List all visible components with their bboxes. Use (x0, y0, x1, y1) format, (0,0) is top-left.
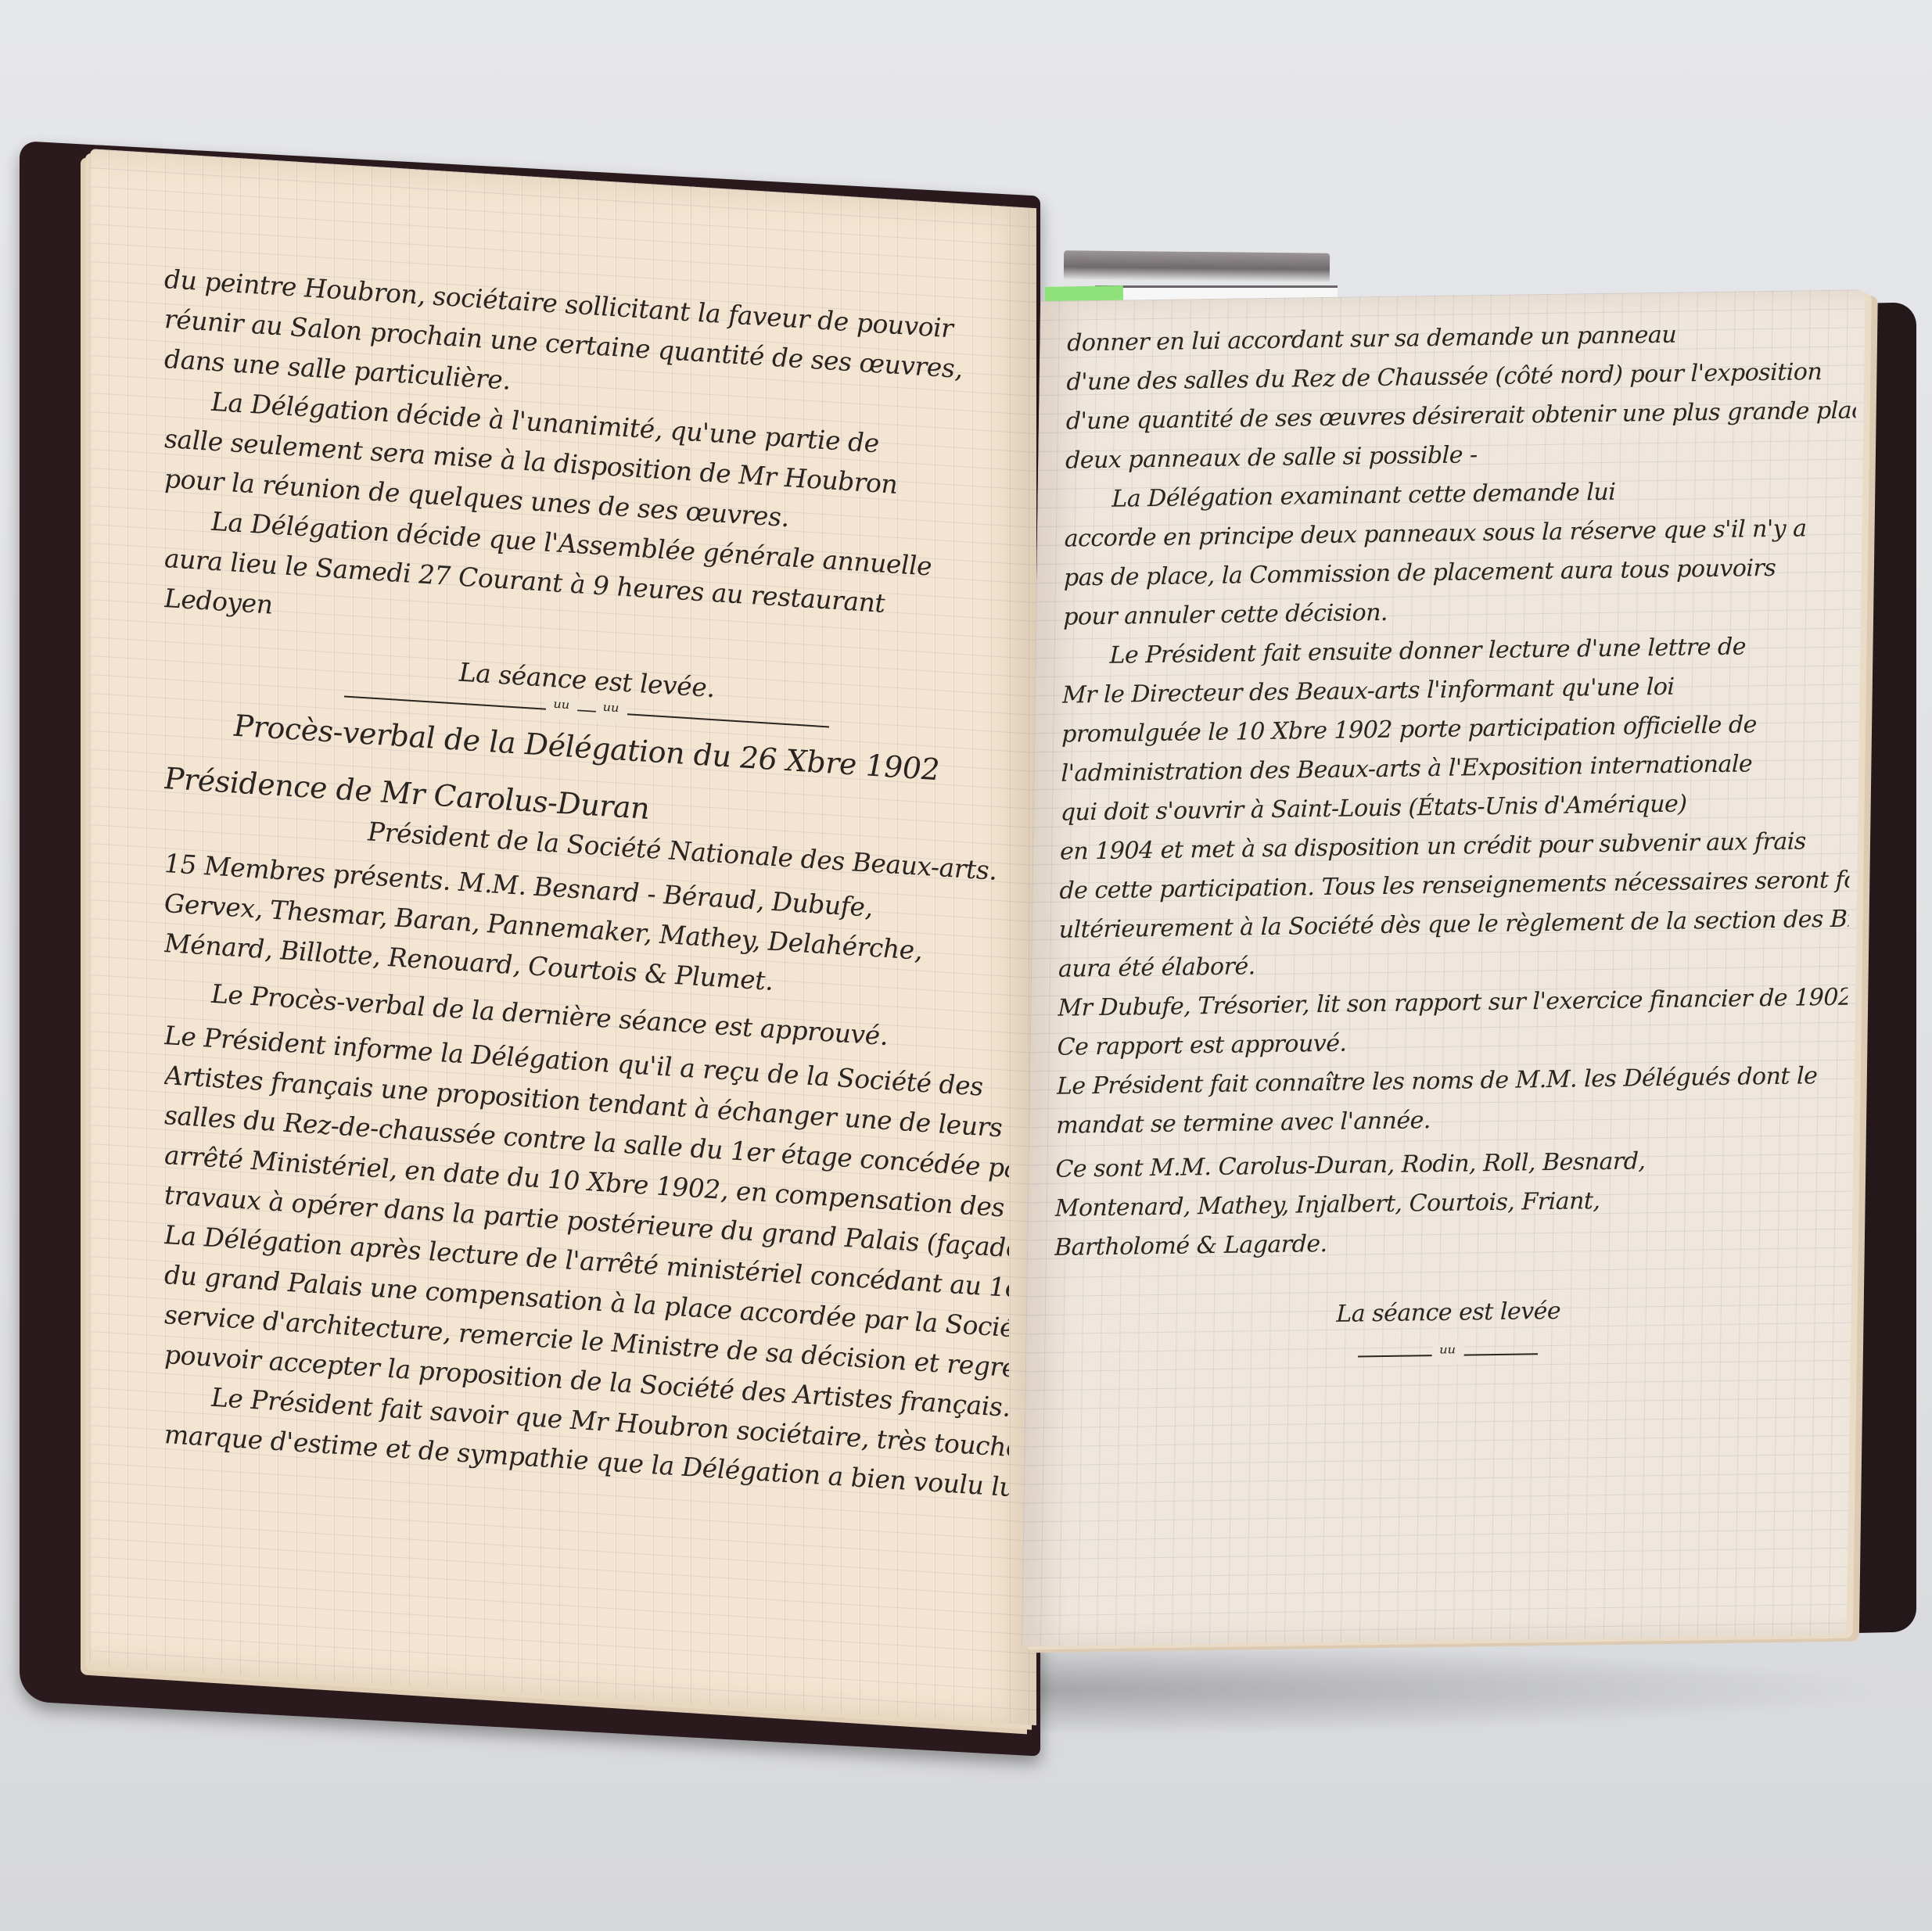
right-page: donner en lui accordant sur sa demande u… (1022, 289, 1866, 1646)
section-divider: ᵘᵘ (1053, 1338, 1843, 1377)
right-page-text: donner en lui accordant sur sa demande u… (1053, 313, 1858, 1377)
divider-flourish: ᵘᵘ (1432, 1344, 1464, 1365)
left-page-text: du peintre Houbron, sociétaire sollicita… (164, 259, 1009, 1507)
divider-flourish: ᵘᵘ — ᵘᵘ (546, 698, 627, 723)
photo-scene: du peintre Houbron, sociétaire sollicita… (0, 0, 1932, 1931)
closing-line: La séance est levée (1053, 1288, 1844, 1338)
worn-index-tab (1064, 250, 1330, 283)
left-page: du peintre Houbron, sociétaire sollicita… (90, 149, 1036, 1725)
